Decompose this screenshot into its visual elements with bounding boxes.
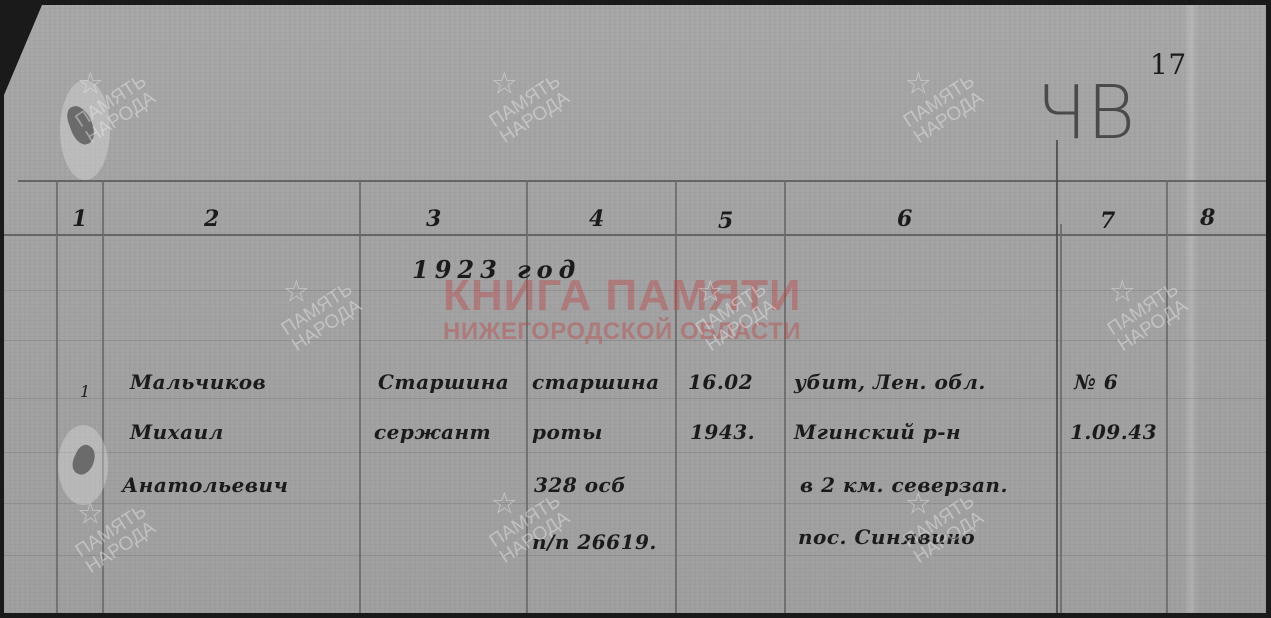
column-number-5: 5 xyxy=(718,208,734,234)
column-number-1: 1 xyxy=(72,206,88,232)
row-number: 1 xyxy=(80,382,91,401)
column-divider-4 xyxy=(526,180,528,613)
paper-tear-highlight xyxy=(58,425,108,505)
rank-line-2: сержант xyxy=(374,420,491,444)
notice-number: № 6 xyxy=(1074,370,1118,394)
header-bottom-rule xyxy=(4,234,1266,236)
circumstances-line-3: в 2 км. северзап. xyxy=(800,473,1008,497)
page-number: 17 xyxy=(1150,48,1187,81)
field-post-line: п/п 26619. xyxy=(532,530,657,554)
page-mark: ЧВ xyxy=(1036,70,1135,156)
column-divider-5 xyxy=(675,180,677,613)
circumstances-line-2: Мгинский р-н xyxy=(794,420,961,444)
notice-date: 1.09.43 xyxy=(1070,420,1157,444)
first-name: Михаил xyxy=(130,420,224,444)
patronymic: Анатольевич xyxy=(122,473,288,497)
column-number-6: 6 xyxy=(897,206,913,232)
date-line-2: 1943. xyxy=(690,420,755,444)
column-divider-7 xyxy=(1060,224,1062,613)
overlay-subtitle-watermark: НИЖЕГОРОДСКОЙ ОБЛАСТИ xyxy=(443,318,801,346)
unit-line: 328 осб xyxy=(534,473,626,497)
column-divider-3 xyxy=(359,180,361,613)
paper-fold-crease xyxy=(1184,5,1198,613)
column-number-7: 7 xyxy=(1100,208,1116,234)
column-divider-1 xyxy=(56,180,58,613)
ruled-line xyxy=(4,398,1266,399)
circumstances-line-4: пос. Синявино xyxy=(798,525,975,549)
document-scan: ЧВ 17 1 2 3 4 5 6 7 8 КНИГА ПАМЯТИ НИЖЕГ… xyxy=(0,0,1271,618)
ruled-line xyxy=(4,503,1266,504)
column-number-3: 3 xyxy=(426,206,442,232)
ruled-line xyxy=(4,452,1266,453)
column-divider-6 xyxy=(784,180,786,613)
section-heading: 1923 год xyxy=(412,255,581,284)
column-number-2: 2 xyxy=(204,206,220,232)
column-number-4: 4 xyxy=(589,206,605,232)
date-line-1: 16.02 xyxy=(688,370,753,394)
rank-line-1: Старшина xyxy=(378,370,509,394)
column-divider-8 xyxy=(1166,180,1168,613)
column-number-8: 8 xyxy=(1200,205,1216,231)
surname: Мальчиков xyxy=(130,370,266,394)
circumstances-line-1: убит, Лен. обл. xyxy=(794,370,986,394)
paper-tear-highlight xyxy=(60,80,110,180)
column-divider-2 xyxy=(102,180,104,613)
header-top-rule xyxy=(18,180,1266,182)
ruled-line xyxy=(4,555,1266,556)
position-line-2: роты xyxy=(532,420,603,444)
position-line-1: старшина xyxy=(532,370,660,394)
column-divider-7-pencil xyxy=(1056,140,1058,613)
